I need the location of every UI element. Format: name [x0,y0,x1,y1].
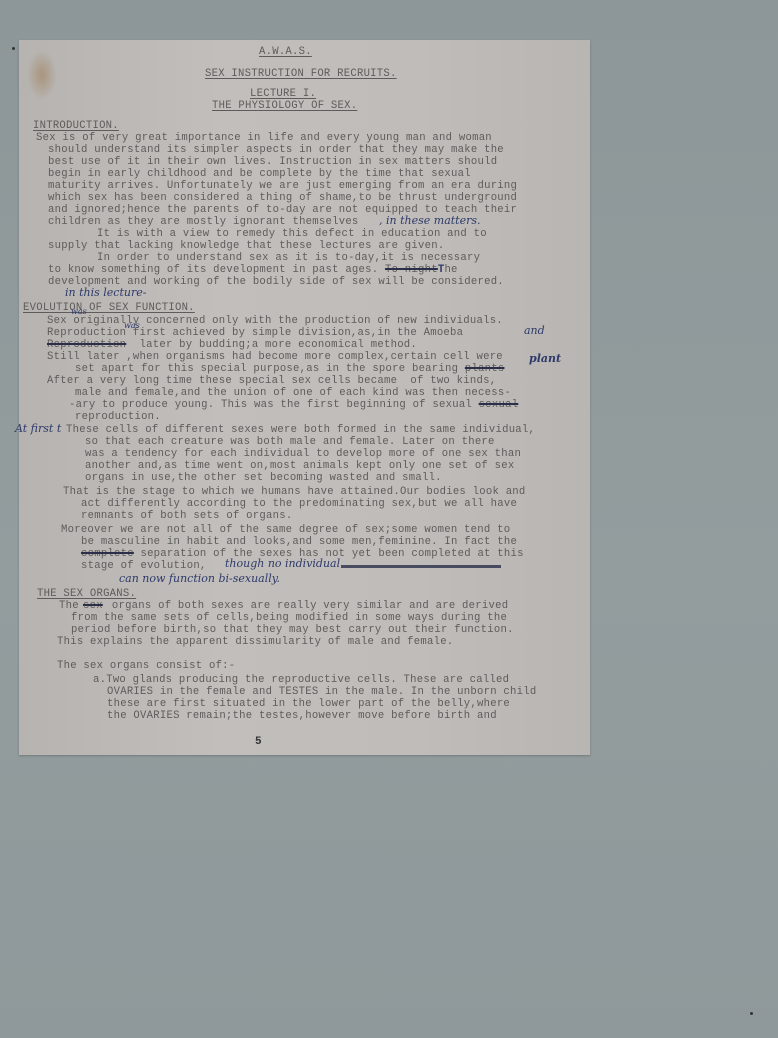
section-heading-introduction: INTRODUCTION. [33,120,119,132]
struck-text: sex [83,600,103,612]
handwritten-annotation: , in these matters. [379,215,481,227]
text-line: The sex organs consist of:- [57,660,235,672]
struck-text: To-night [385,264,438,276]
handwritten-annotation: though no individual [225,558,340,570]
text-line: period before birth,so that they may bes… [71,624,514,636]
text-line: another and,as time went on,most animals… [85,460,514,472]
text-line: In order to understand sex as it is to-d… [97,252,480,264]
lecture-number: LECTURE I. [250,88,316,100]
text-line: Reproduction later by budding;a more eco… [47,339,417,351]
text-line: Reproduction first achieved by simple di… [47,327,463,339]
text-line: After a very long time these special sex… [47,375,496,387]
text-line: It is with a view to remedy this defect … [97,228,487,240]
handwritten-annotation: plant [529,353,561,365]
document-title: SEX INSTRUCTION FOR RECRUITS. [205,68,397,80]
page-number: 5 [255,736,262,748]
text-line: was a tendency for each individual to de… [85,448,521,460]
struck-text: Reproduction [47,339,126,351]
text-line: -ary to produce young. This was the firs… [69,399,518,411]
text-line: act differently according to the predomi… [81,498,517,510]
handwritten-annotation: and [524,325,545,337]
handwritten-annotation: can now function bi-sexually. [119,573,280,585]
text-line: Sex originally concerned only with the p… [47,315,503,327]
org-heading: A.W.A.S. [259,46,312,58]
text-line: begin in early childhood and be complete… [48,168,471,180]
text-line: These cells of different sexes were both… [66,424,535,436]
scribbled-out-text [341,565,501,568]
struck-text: sexual [479,399,519,411]
text-line: the OVARIES remain;the testes,however mo… [107,710,497,722]
text-line: children as they are mostly ignorant the… [48,216,359,228]
text-line: maturity arrives. Unfortunately we are j… [48,180,517,192]
text-line: Sex is of very great importance in life … [36,132,492,144]
text-line: That is the stage to which we humans hav… [63,486,526,498]
text-line: The organs of both sexes are really very… [59,600,508,612]
paper-stain [27,50,57,100]
section-heading-evolution: EVOLUTION OF SEX FUNCTION. [23,302,195,314]
handwritten-annotation: in this lecture- [65,287,146,299]
section-heading-sex-organs: THE SEX ORGANS. [37,588,136,600]
text-line: Still later ,when organisms had become m… [47,351,503,363]
struck-text: complete [81,548,134,560]
struck-text: plants [465,363,505,375]
text-line: so that each creature was both male and … [85,436,495,448]
text-line: set apart for this special purpose,as in… [75,363,505,375]
text-line: remnants of both sets of organs. [81,510,292,522]
background-speck [750,1012,753,1015]
text-line: stage of evolution, [81,560,207,572]
text-line: supply that lacking knowledge that these… [48,240,444,252]
text-line: be masculine in habit and looks,and some… [81,536,517,548]
text-line: male and female,and the union of one of … [75,387,511,399]
document-page: A.W.A.S. SEX INSTRUCTION FOR RECRUITS. L… [19,40,590,755]
text-line: to know something of its development in … [48,264,458,276]
text-line: which sex has been considered a thing of… [48,192,517,204]
text-line: should understand its simpler aspects in… [48,144,504,156]
text-line: OVARIES in the female and TESTES in the … [107,686,536,698]
text-line: reproduction. [75,411,161,423]
text-line: organs in use,the other set becoming was… [85,472,442,484]
text-line: from the same sets of cells,being modifi… [71,612,507,624]
lecture-subtitle: THE PHYSIOLOGY OF SEX. [212,100,357,112]
text-line: these are first situated in the lower pa… [107,698,510,710]
background-speck [12,47,15,50]
text-line: best use of it in their own lives. Instr… [48,156,497,168]
text-line: a.Two glands producing the reproductive … [93,674,509,686]
text-line: Moreover we are not all of the same degr… [61,524,510,536]
text-line: This explains the apparent dissimularity… [57,636,453,648]
handwritten-annotation: At first t [15,423,61,435]
